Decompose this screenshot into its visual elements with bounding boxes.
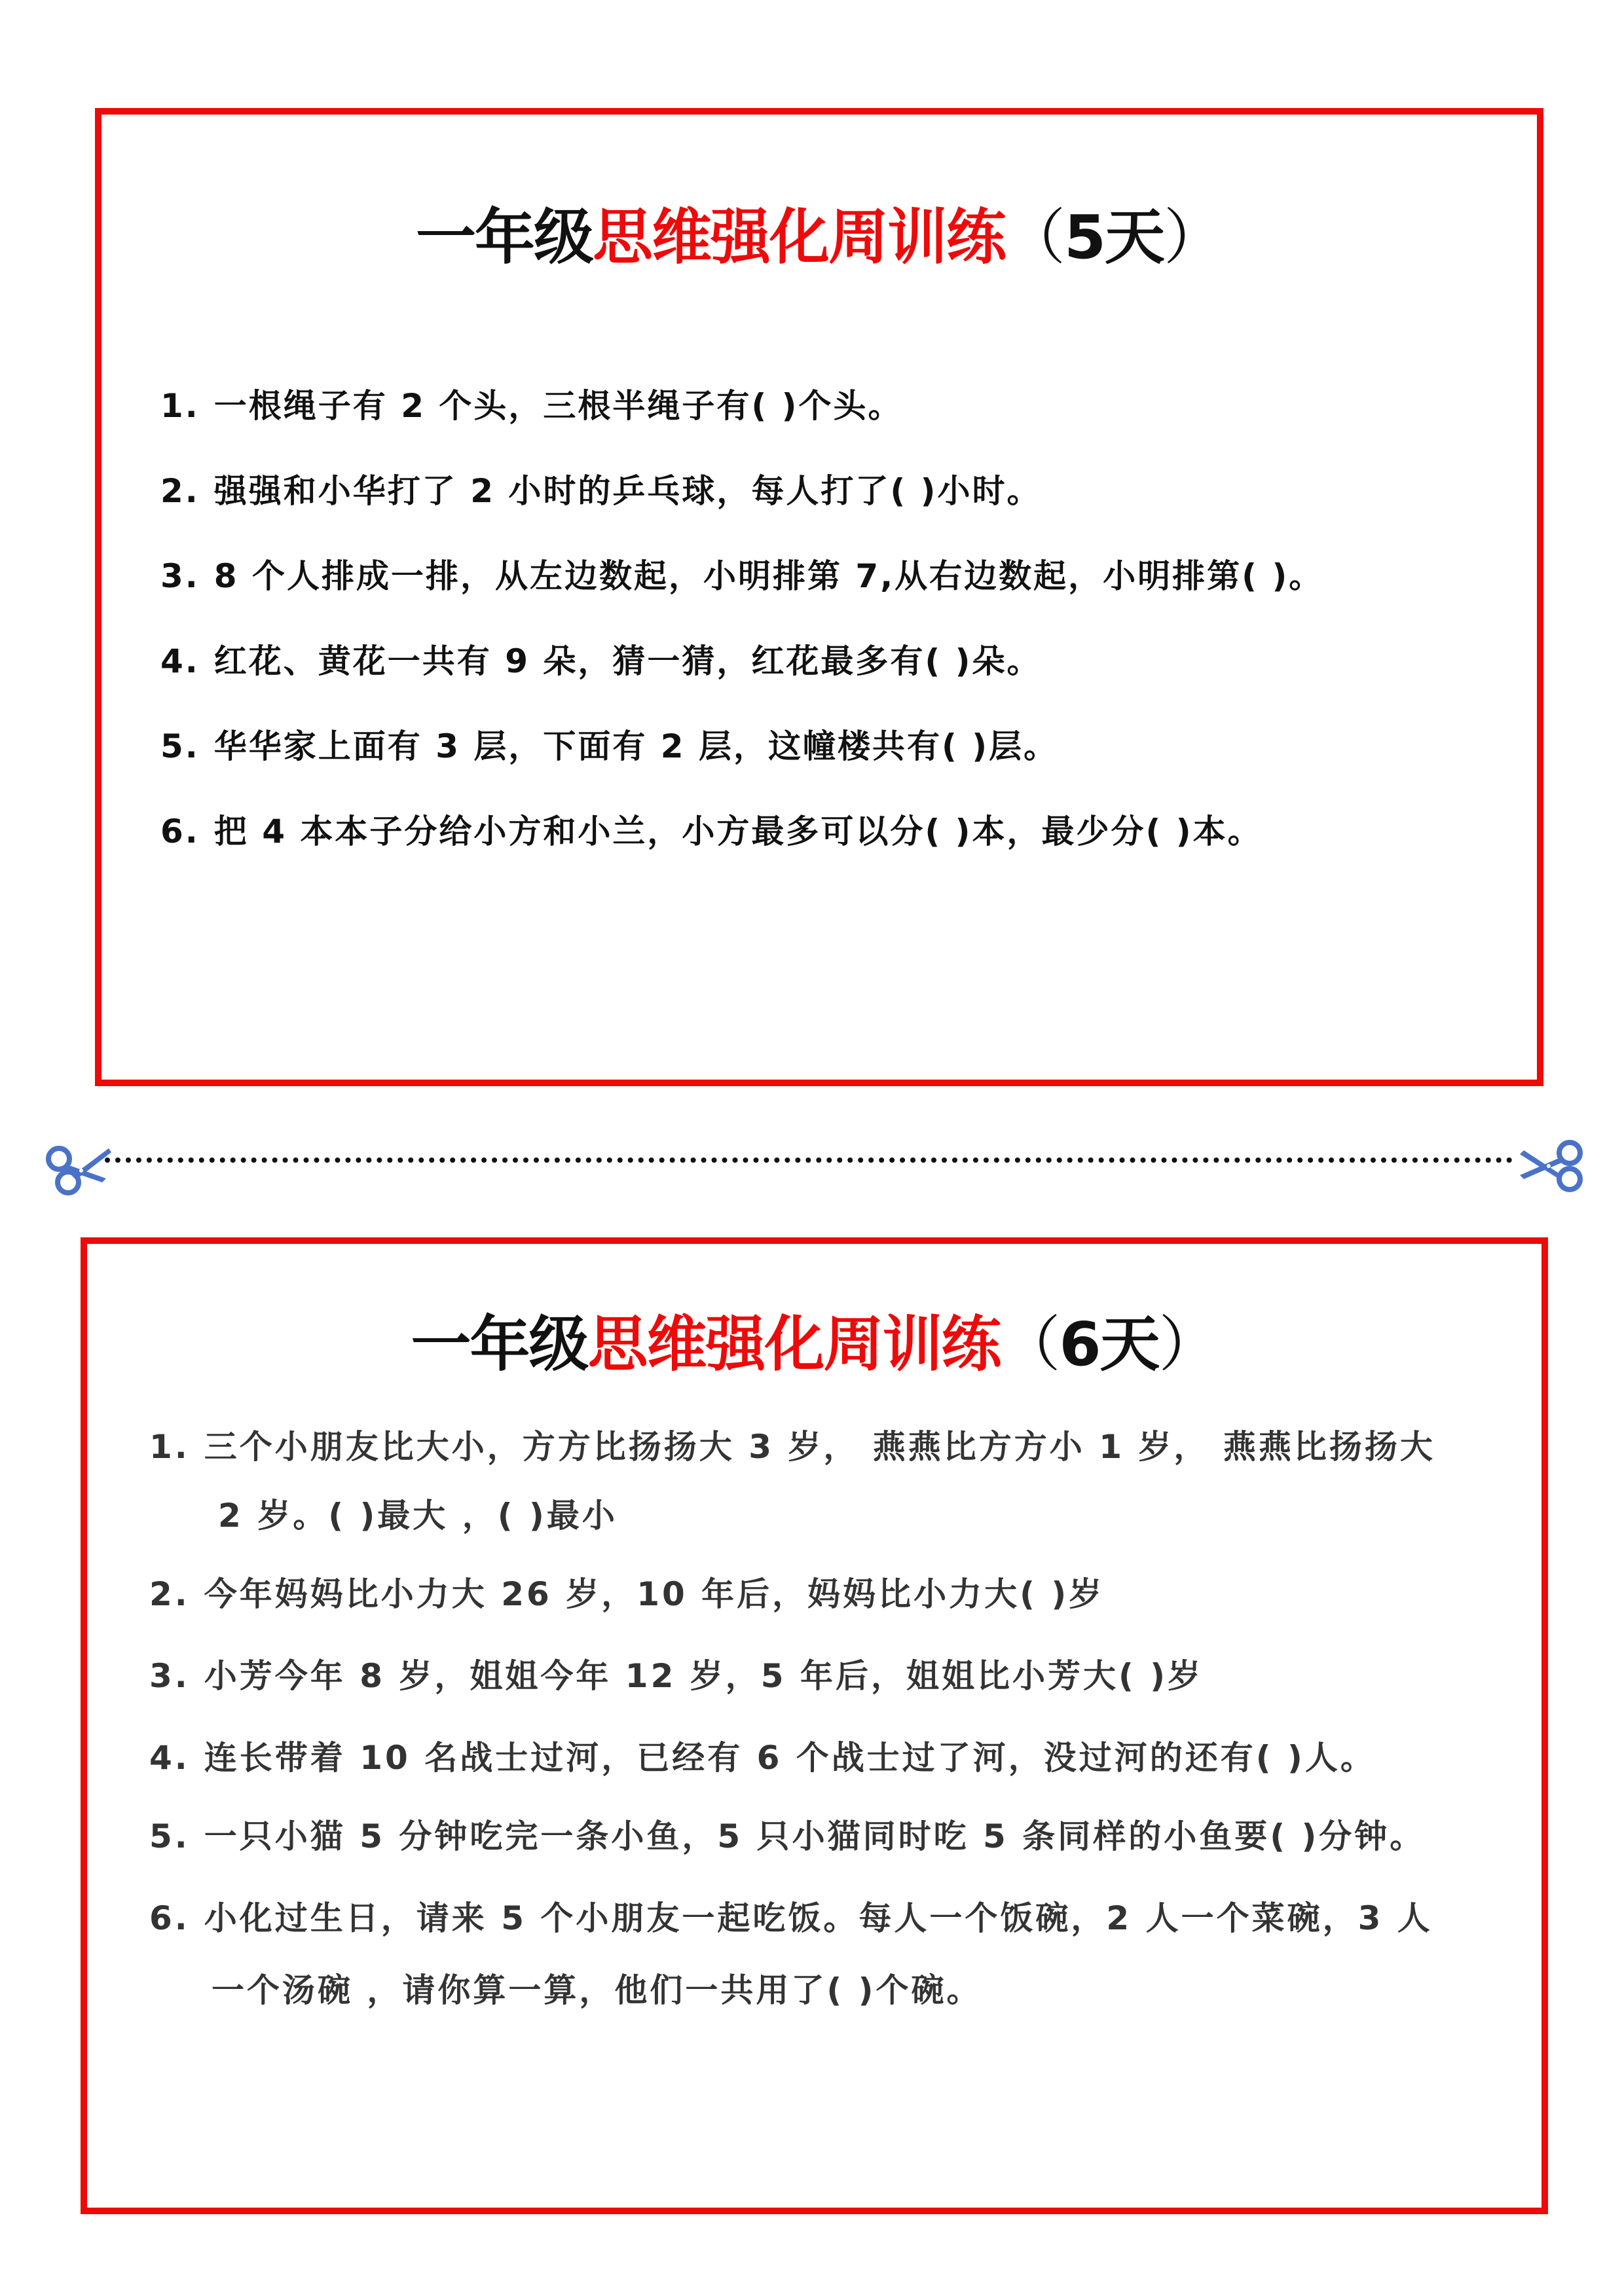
question-number: 6. <box>149 1902 190 1935</box>
question-number: 3. <box>149 1660 190 1692</box>
question-text: 8 个人排成一排，从左边数起，小明排第 7,从右边数起，小明排第( )。 <box>214 557 1324 595</box>
title-close-paren: ） <box>1164 202 1223 272</box>
question-4: 4.红花、黄花一共有 9 朵，猜一猜，红花最多有( )朵。 <box>160 645 1042 678</box>
question-5: 5.华华家上面有 3 层，下面有 2 层，这幢楼共有( )层。 <box>160 730 1058 763</box>
question-text: 强强和小华打了 2 小时的乒乓球，每人打了( )小时。 <box>214 472 1042 510</box>
worksheet-title: 一年级思维强化周训练（6天） <box>87 1315 1541 1375</box>
question-number: 2. <box>160 475 200 507</box>
title-highlight: 思维强化周训练 <box>593 202 1005 272</box>
scissors-icon <box>1516 1136 1588 1195</box>
question-3: 3.8 个人排成一排，从左边数起，小明排第 7,从右边数起，小明排第( )。 <box>160 560 1323 592</box>
question-number: 2. <box>149 1578 190 1611</box>
question-text: 一只小猫 5 分钟吃完一条小鱼，5 只小猫同时吃 5 条同样的小鱼要( )分钟。 <box>204 1817 1426 1855</box>
question-text: 把 4 本本子分给小方和小兰，小方最多可以分( )本，最少分( )本。 <box>214 812 1263 850</box>
question-text: 连长带着 10 名战士过河，已经有 6 个战士过了河，没过河的还有( )人。 <box>204 1739 1376 1777</box>
question-text: 红花、黄花一共有 9 朵，猜一猜，红花最多有( )朵。 <box>214 642 1042 680</box>
question-text: 一根绳子有 2 个头，三根半绳子有( )个头。 <box>214 387 903 425</box>
title-highlight: 思维强化周训练 <box>587 1309 1000 1379</box>
question-text: 小化过生日，请来 5 个小朋友一起吃饭。每人一个饭碗，2 人一个菜碗，3 人 <box>204 1899 1433 1937</box>
question-1: 1.三个小朋友比大小，方方比扬扬大 3 岁， 燕燕比方方小 1 岁， 燕燕比扬扬… <box>149 1430 1435 1463</box>
question-2: 2.强强和小华打了 2 小时的乒乓球，每人打了( )小时。 <box>160 475 1042 507</box>
title-day-number: 5 <box>1064 202 1105 272</box>
question-3: 3.小芳今年 8 岁，姐姐今年 12 岁，5 年后，姐姐比小芳大( )岁 <box>149 1660 1203 1692</box>
question-number: 3. <box>160 560 200 592</box>
question-number: 6. <box>160 815 200 848</box>
question-text: 三个小朋友比大小，方方比扬扬大 3 岁， 燕燕比方方小 1 岁， 燕燕比扬扬大 <box>204 1428 1435 1466</box>
question-2: 2.今年妈妈比小力大 26 岁，10 年后，妈妈比小力大( )岁 <box>149 1578 1104 1611</box>
question-text: 华华家上面有 3 层，下面有 2 层，这幢楼共有( )层。 <box>214 727 1058 765</box>
worksheet-day-6: 一年级思维强化周训练（6天） 1.三个小朋友比大小，方方比扬扬大 3 岁， 燕燕… <box>81 1237 1548 2214</box>
worksheet-day-5: 一年级思维强化周训练（5天） 1.一根绳子有 2 个头，三根半绳子有( )个头。… <box>95 108 1543 1086</box>
title-close-paren: ） <box>1159 1309 1218 1379</box>
title-day-number: 6 <box>1060 1309 1100 1379</box>
title-day-unit: 天 <box>1100 1309 1159 1379</box>
question-number: 1. <box>149 1430 190 1463</box>
question-1: 1.一根绳子有 2 个头，三根半绳子有( )个头。 <box>160 390 903 422</box>
question-number: 5. <box>149 1820 190 1853</box>
question-number: 5. <box>160 730 200 763</box>
question-number: 1. <box>160 390 200 422</box>
question-5: 5.一只小猫 5 分钟吃完一条小鱼，5 只小猫同时吃 5 条同样的小鱼要( )分… <box>149 1820 1425 1853</box>
question-text: 今年妈妈比小力大 26 岁，10 年后，妈妈比小力大( )岁 <box>204 1575 1105 1613</box>
title-day-unit: 天 <box>1105 202 1164 272</box>
question-text: 小芳今年 8 岁，姐姐今年 12 岁，5 年后，姐姐比小芳大( )岁 <box>204 1657 1203 1695</box>
cut-line <box>105 1157 1513 1163</box>
title-open-paren: （ <box>1000 1309 1059 1379</box>
question-1-continuation: 2 岁。( )最大 ，( )最小 <box>218 1499 618 1532</box>
question-6: 6.把 4 本本子分给小方和小兰，小方最多可以分( )本，最少分( )本。 <box>160 815 1263 848</box>
worksheet-title: 一年级思维强化周训练（5天） <box>101 208 1537 268</box>
question-number: 4. <box>160 645 200 678</box>
scissors-icon <box>41 1139 113 1198</box>
title-grade: 一年级 <box>416 202 593 272</box>
question-6-continuation: 一个汤碗 ，请你算一算，他们一共用了( )个碗。 <box>212 1974 982 2007</box>
question-6: 6.小化过生日，请来 5 个小朋友一起吃饭。每人一个饭碗，2 人一个菜碗，3 人 <box>149 1902 1433 1935</box>
question-number: 4. <box>149 1741 190 1774</box>
title-open-paren: （ <box>1005 202 1064 272</box>
title-grade: 一年级 <box>411 1309 587 1379</box>
question-4: 4.连长带着 10 名战士过河，已经有 6 个战士过了河，没过河的还有( )人。 <box>149 1741 1376 1774</box>
